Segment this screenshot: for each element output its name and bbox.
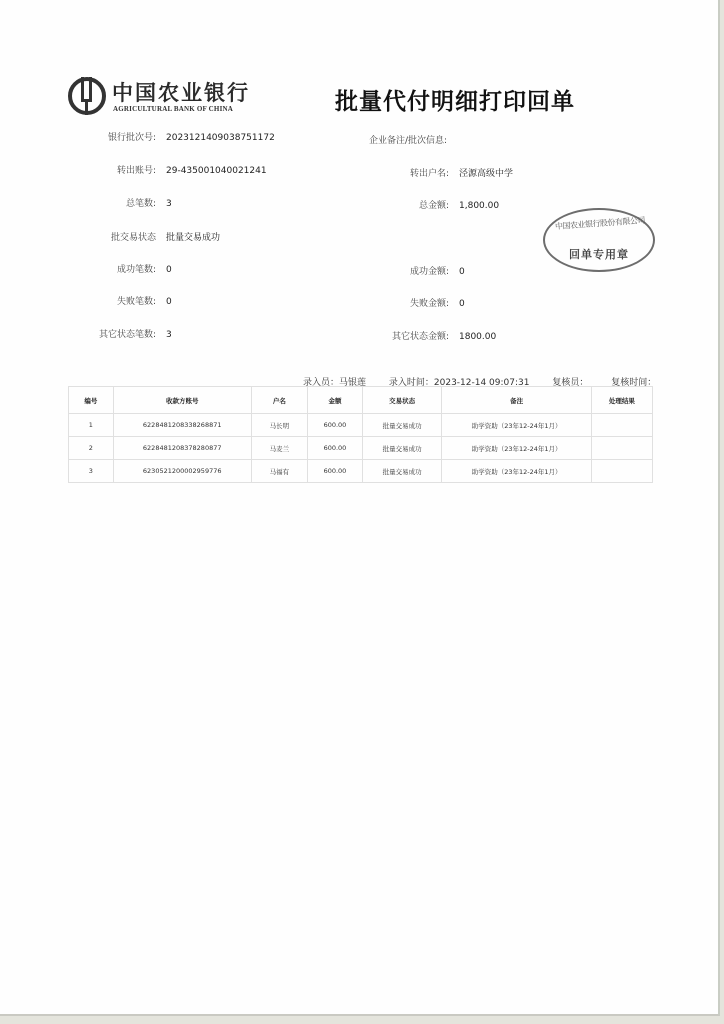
bank-name-en: AGRICULTURAL BANK OF CHINA: [113, 105, 233, 113]
field-total-amount: 总金额:1,800.00: [369, 198, 499, 211]
field-failure-count: 失败笔数:0: [68, 294, 172, 307]
field-total-count: 总笔数:3: [68, 196, 172, 209]
col-header-account-name: 户名: [251, 387, 307, 414]
col-header-remark: 备注: [442, 387, 591, 414]
field-enterprise-remark: 企业备注/批次信息:: [369, 133, 457, 146]
table-header-row: 编号 收款方账号 户名 金额 交易状态 备注 处理结果: [69, 387, 653, 414]
table-row: 2 6228481208378280877 马麦兰 600.00 批量交易成功 …: [69, 437, 653, 460]
field-batch-status: 批交易状态批量交易成功: [68, 230, 220, 243]
field-failure-amount: 失败金额:0: [369, 296, 465, 309]
receipt-seal-stamp: 中国农业银行股份有限公司 回单专用章: [543, 208, 655, 272]
bank-logo: 中国农业银行 AGRICULTURAL BANK OF CHINA: [68, 77, 258, 117]
abc-bank-logo-icon: [68, 77, 106, 115]
col-header-status: 交易状态: [362, 387, 442, 414]
table-row: 3 6230521200002959776 马福有 600.00 批量交易成功 …: [69, 460, 653, 483]
field-debit-account: 转出账号:29-435001040021241: [68, 163, 267, 176]
field-other-count: 其它状态笔数:3: [68, 327, 172, 340]
field-other-amount: 其它状态金额:1800.00: [369, 329, 496, 342]
col-header-payee-account: 收款方账号: [113, 387, 251, 414]
payment-detail-table: 编号 收款方账号 户名 金额 交易状态 备注 处理结果 1 6228481208…: [68, 386, 653, 483]
field-batch-number: 银行批次号:2023121409038751172: [68, 130, 275, 143]
table-row: 1 6228481208338268871 马长明 600.00 批量交易成功 …: [69, 414, 653, 437]
col-header-no: 编号: [69, 387, 114, 414]
field-success-count: 成功笔数:0: [68, 262, 172, 275]
document-title: 批量代付明细打印回单: [335, 83, 575, 116]
bank-name-cn: 中国农业银行: [112, 77, 250, 107]
col-header-amount: 金额: [308, 387, 363, 414]
receipt-page: 中国农业银行 AGRICULTURAL BANK OF CHINA 批量代付明细…: [0, 0, 720, 1016]
field-debit-account-name: 转出户名:泾源高级中学: [369, 166, 513, 179]
field-success-amount: 成功金额:0: [369, 264, 465, 277]
col-header-result: 处理结果: [591, 387, 652, 414]
